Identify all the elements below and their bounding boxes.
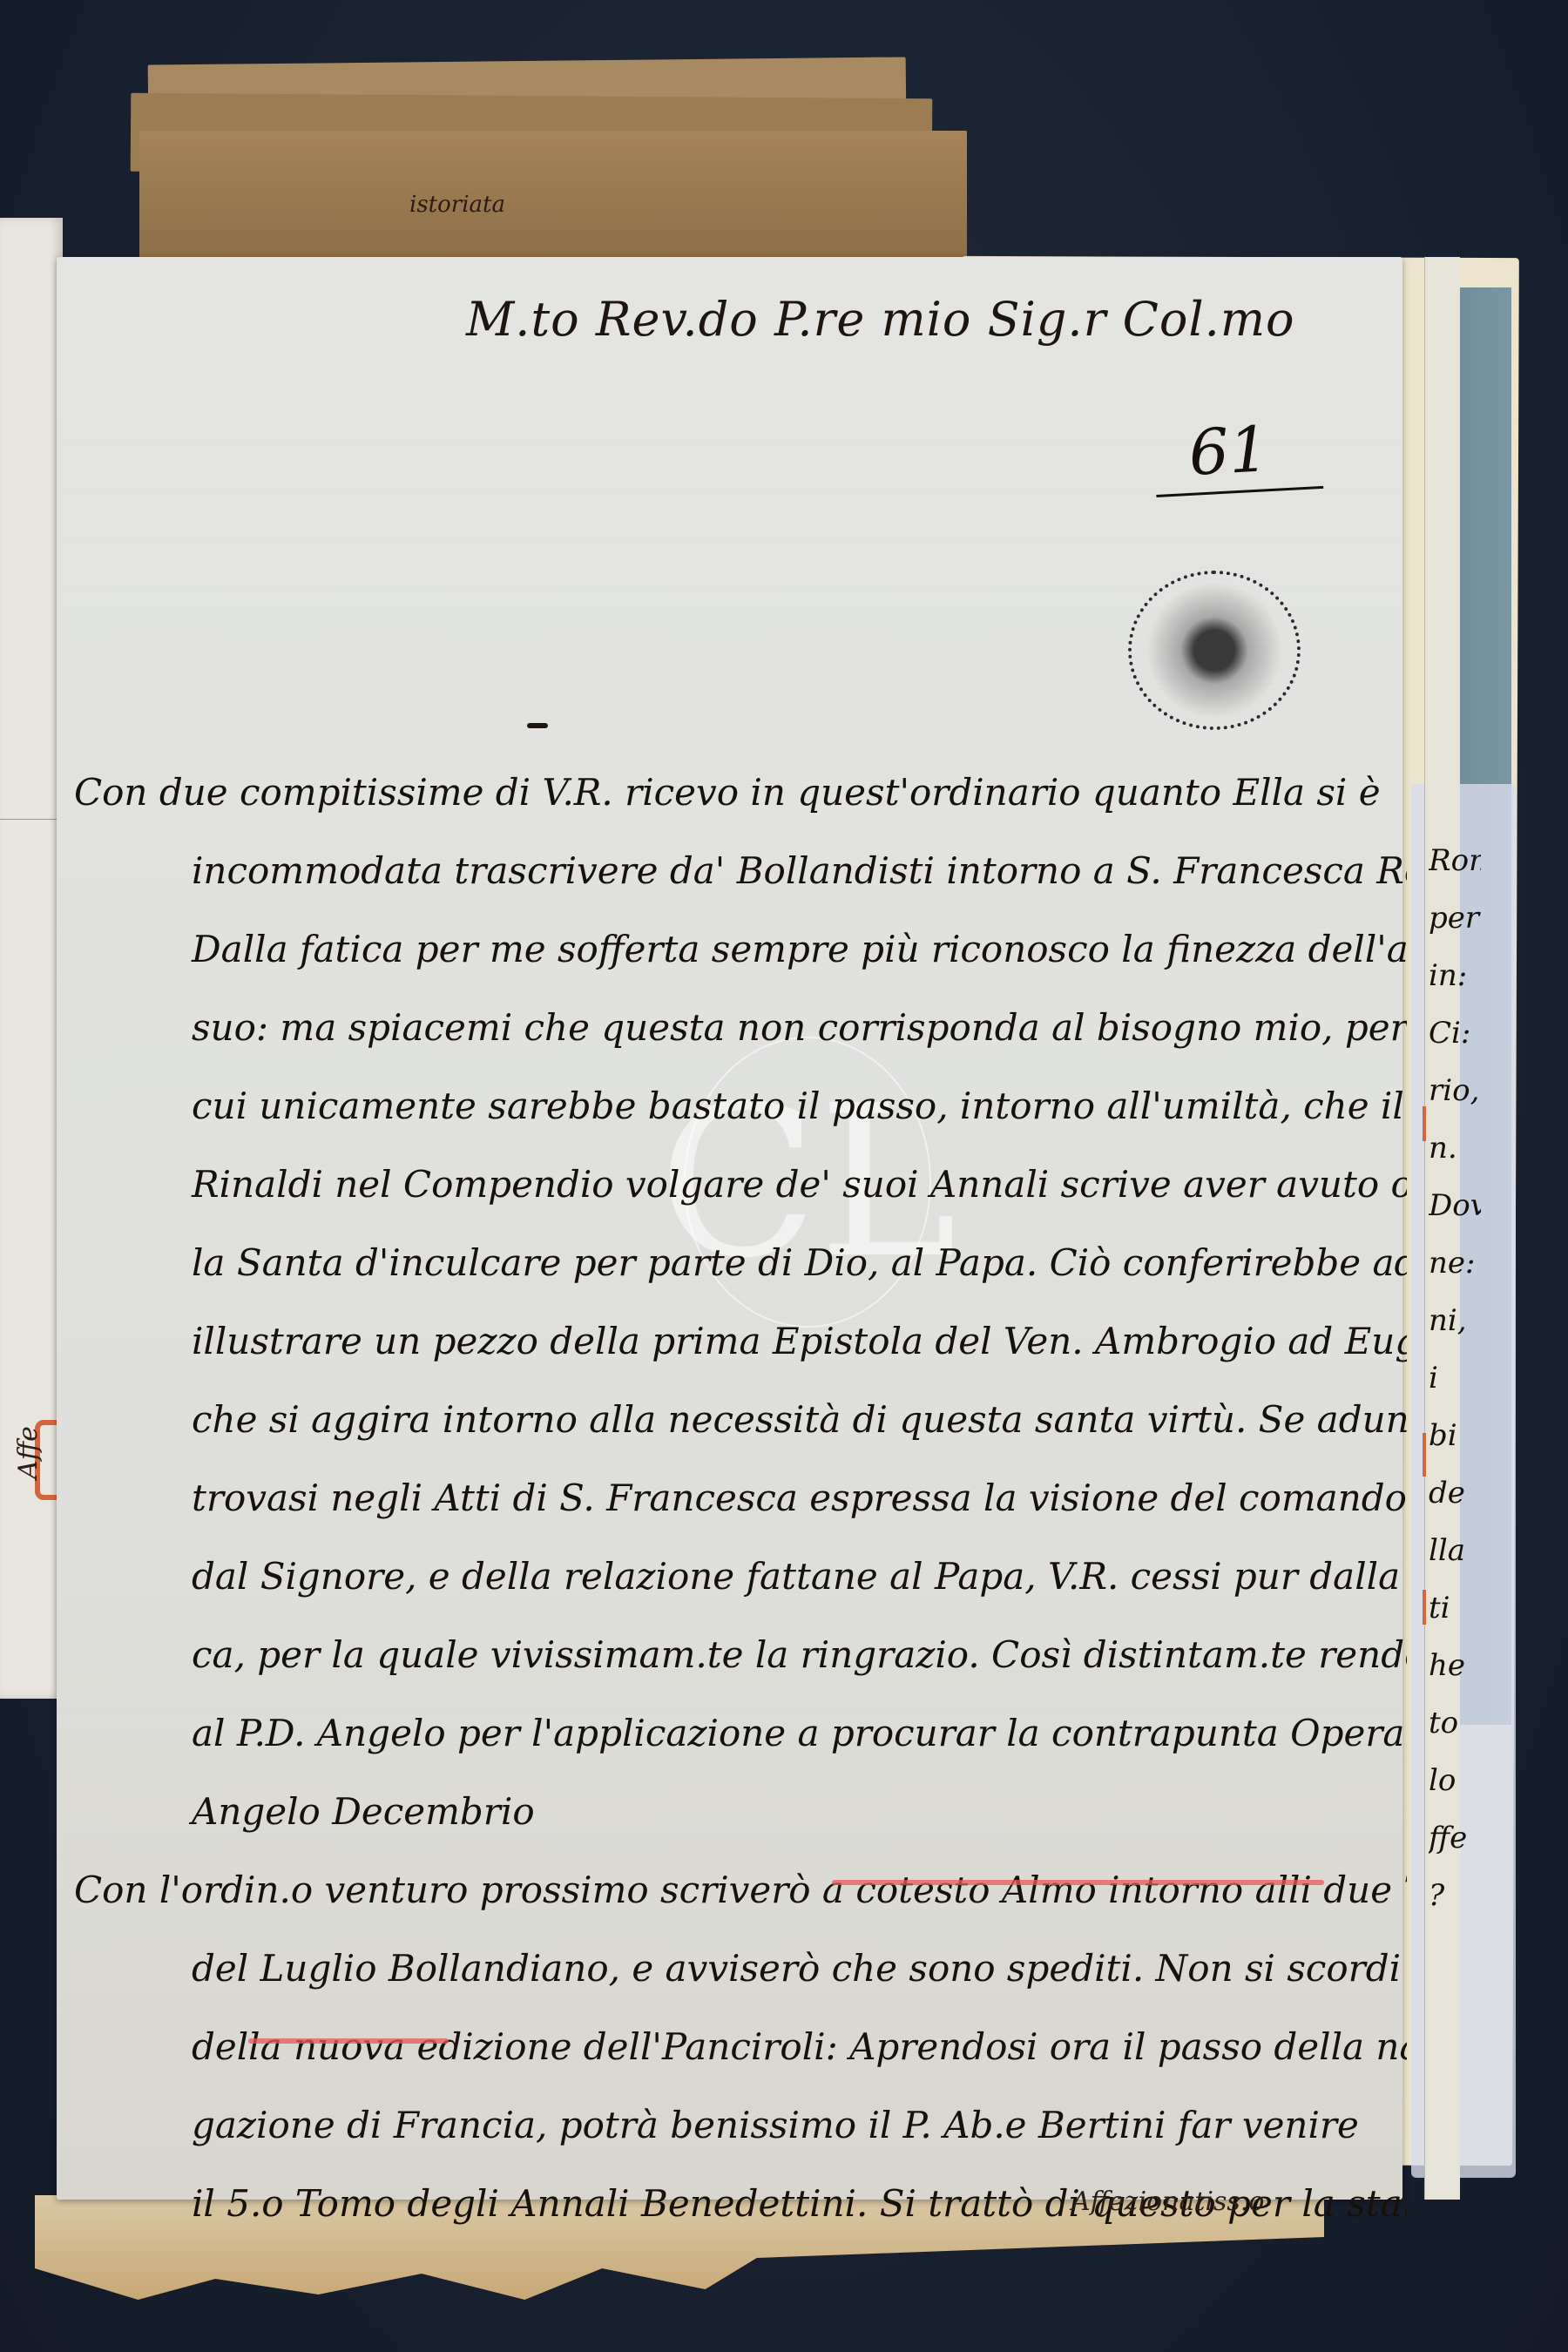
text-line: della nuova edizione dell'Panciroli: Apr… <box>74 2008 1407 2086</box>
red-margin-mark <box>1423 1106 1426 1141</box>
text-line: Con due compitissime di V.R. ricevo in q… <box>74 754 1407 832</box>
text-line: cui unicamente sarebbe bastato il passo,… <box>74 1067 1407 1146</box>
text-line: dal Signore, e della relazione fattane a… <box>74 1538 1407 1616</box>
text-line: Con l'ordin.o venturo prossimo scriverò … <box>74 1851 1407 1930</box>
right-margin-fragments: Rom per in: Ci: rio, n. Dove ne: ni, i b… <box>1429 832 1481 1924</box>
text-line: suo: ma spiacemi che questa non corrispo… <box>74 989 1407 1067</box>
left-page-fragment: Affe <box>13 1426 44 1479</box>
ink-mark <box>527 723 548 728</box>
fold-line <box>0 819 63 820</box>
text-line: del Luglio Bollandiano, e avviserò che s… <box>74 1930 1407 2008</box>
text-line: al P.D. Angelo per l'applicazione a proc… <box>74 1694 1407 1773</box>
salutation: M.to Rev.do P.re mio Sig.r Col.mo <box>466 292 1295 347</box>
text-line: incommodata trascrivere da' Bollandisti … <box>74 832 1407 910</box>
red-margin-mark <box>1423 1590 1426 1625</box>
red-pencil-underline <box>248 2038 449 2044</box>
text-line: che si aggira intorno alla necessità di … <box>74 1381 1407 1459</box>
text-line: gazione di Francia, potrà benissimo il P… <box>74 2086 1407 2165</box>
red-margin-mark <box>1423 1433 1426 1477</box>
red-pencil-underline <box>832 1880 1324 1885</box>
folio-number: 61 <box>1152 409 1323 497</box>
text-line: trovasi negli Atti di S. Francesca espre… <box>74 1459 1407 1538</box>
archive-stamp-icon <box>1128 571 1301 730</box>
closing-fragment: Affezionatiss.o <box>1071 2186 1264 2217</box>
letter-body: Con due compitissime di V.R. ricevo in q… <box>74 754 1407 2243</box>
letter-sheet: M.to Rev.do P.re mio Sig.r Col.mo 61 CL … <box>57 257 1402 2200</box>
text-line: Angelo Decembrio <box>74 1773 1407 1851</box>
text-line: illustrare un pezzo della prima Epistola… <box>74 1302 1407 1381</box>
envelope-stack: istoriata <box>131 52 967 279</box>
text-line: la Santa d'inculcare per parte di Dio, a… <box>74 1224 1407 1302</box>
text-line: ca, per la quale vivissimam.te la ringra… <box>74 1616 1407 1694</box>
envelope-label: istoriata <box>409 192 505 218</box>
text-line: Rinaldi nel Compendio volgare de' suoi A… <box>74 1146 1407 1224</box>
text-line: Dalla fatica per me sofferta sempre più … <box>74 910 1407 989</box>
